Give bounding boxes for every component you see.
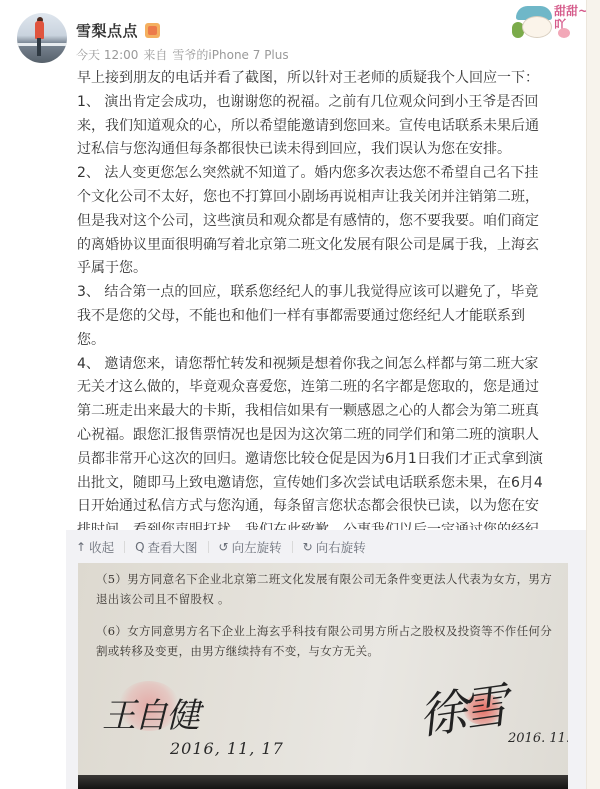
username-link[interactable]: 雪梨点点 (76, 20, 138, 41)
rotate-left-label: 向左旋转 (232, 538, 282, 556)
page-right-border (586, 0, 600, 789)
rotate-right-icon: ↻ (303, 540, 313, 554)
agreement-photo[interactable]: （5）男方同意名下企业北京第二班文化发展有限公司无条件变更法人代表为女方，男方退… (78, 563, 568, 789)
sticker-text: 甜甜~吖 (554, 4, 590, 32)
post-paragraph-intro: 早上接到朋友的电话并看了截图，所以针对王老师的质疑我个人回应一下： (77, 67, 547, 91)
rotate-left-icon: ↺ (219, 540, 229, 554)
view-large-image-button[interactable]: Q 查看大图 (135, 538, 197, 556)
decorative-sticker: 甜甜~吖 (510, 2, 590, 40)
view-large-image-label: 查看大图 (148, 538, 198, 556)
toolbar-divider (292, 541, 293, 553)
collapse-media-label: 收起 (89, 538, 114, 556)
avatar-figure-legs (37, 38, 41, 56)
post-meta: 今天 12:00 来自 雪爷的iPhone 7 Plus (76, 46, 289, 63)
collapse-media-button[interactable]: ↑ 收起 (76, 538, 114, 556)
toolbar-divider (208, 541, 209, 553)
rotate-left-button[interactable]: ↺ 向左旋转 (219, 538, 282, 556)
avatar-background-railing (17, 43, 67, 46)
rotate-right-label: 向右旋转 (316, 538, 366, 556)
photo-bottom-edge (78, 775, 568, 789)
post-header: 雪梨点点 (76, 20, 160, 41)
magnifier-icon: Q (135, 540, 144, 554)
sticker-face-icon (522, 16, 552, 38)
media-toolbar: ↑ 收起 Q 查看大图 ↺ 向左旋转 ↻ 向右旋转 (76, 536, 366, 558)
rotate-right-button[interactable]: ↻ 向右旋转 (303, 538, 366, 556)
media-expanded-panel: ↑ 收起 Q 查看大图 ↺ 向左旋转 ↻ 向右旋转 （5）男方同意名下企业北京第… (66, 530, 586, 789)
source-prefix: 来自 (143, 46, 167, 63)
signature-date-left: 2016, 11, 17 (170, 739, 284, 758)
user-avatar[interactable] (17, 13, 67, 63)
agreement-clause-6: （6）女方同意男方名下企业上海玄乎科技有限公司男方所占之股权及投资等不作任何分割… (96, 621, 556, 661)
post-paragraph-3: 3、 结合第一点的回应，联系您经纪人的事儿我觉得应该可以避免了，毕竟我不是您的父… (77, 281, 547, 352)
toolbar-divider (124, 541, 125, 553)
signature-left: 王自健 (102, 688, 198, 737)
signature-right: 徐雪 (414, 667, 507, 747)
post-paragraph-1: 1、 演出肯定会成功，也谢谢您的祝福。之前有几位观众问到小王爷是否回来，我们知道… (77, 91, 547, 162)
agreement-clause-5: （5）男方同意名下企业北京第二班文化发展有限公司无条件变更法人代表为女方，男方退… (96, 569, 556, 609)
post-paragraph-2: 2、 法人变更您怎么突然就不知道了。婚内您多次表达您不希望自己名下挂个文化公司不… (77, 162, 547, 281)
weibo-post-card: 雪梨点点 今天 12:00 来自 雪爷的iPhone 7 Plus 甜甜~吖 早… (0, 0, 600, 789)
sticker-flower-icon (558, 28, 570, 38)
signature-date-right: 2016. 11. (508, 731, 568, 746)
member-badge-icon[interactable] (145, 23, 160, 38)
post-timestamp[interactable]: 今天 12:00 (76, 46, 138, 63)
source-device: 雪爷的iPhone 7 Plus (172, 46, 288, 63)
collapse-up-icon: ↑ (76, 540, 86, 554)
avatar-figure-body (35, 21, 44, 39)
